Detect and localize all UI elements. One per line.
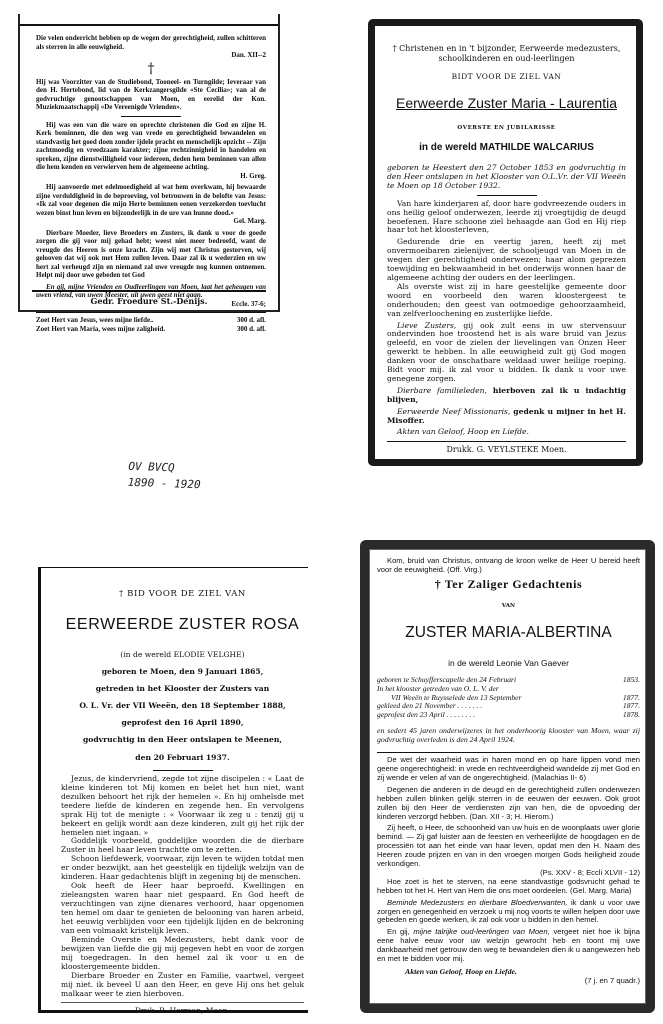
handwritten-note: OV BVCQ 1890 - 1920 [127, 459, 201, 494]
paragraph-house: Zij heeft, o Heer, de schoonheid van uw … [377, 824, 640, 869]
paragraph-functions: Hij was Voorzitter van de Studiebond, To… [36, 78, 266, 112]
reference-greg: H. Greg. [36, 172, 266, 181]
reference-marg: Gel. Marg. [36, 217, 266, 226]
paragraph-childhood: Van hare kinderjaren af, door hare godvr… [387, 200, 626, 236]
epigraph: Die velen onderricht hebben op de wegen … [36, 34, 266, 51]
closing-acts: Akten van Geloof, Hoop en Liefde. [387, 428, 626, 437]
deceased-title: OVERSTE EN JUBILARISSE [387, 125, 626, 131]
paragraph-sweet-death: Hoe zoet is het te sterven, na eene stan… [377, 878, 640, 896]
separator [153, 770, 213, 771]
bio-dates: geboren te Schuyfferscapelle den 24 Febr… [377, 676, 640, 719]
worldly-name: (in de wereld ELODIE VELGHE) [61, 650, 304, 660]
separator [477, 195, 537, 196]
intro: † Christenen en in 't bijzonder, Eerweer… [387, 44, 626, 64]
printer-credit: Gedr. Froedure St.-Denijs. [32, 290, 266, 306]
pray-heading: † BID VOOR DE ZIEL VAN [61, 589, 304, 599]
separator [121, 116, 181, 117]
memorial-card-zuster-rosa: † BID VOOR DE ZIEL VAN EERWEERDE ZUSTER … [38, 567, 308, 1013]
bio: geboren te Moen, den 9 Januari 1865, get… [61, 667, 304, 763]
indulgence: (7 j. en 7 quadr.) [377, 977, 640, 986]
remembrance-heading: † Ter Zaliger Gedachtenis [377, 577, 640, 591]
paragraph-teaching: Gedurende drie en veertig jaren, heeft z… [387, 238, 626, 283]
deceased-name: Eerweerde Zuster Maria - Laurentia [387, 95, 626, 111]
paragraph-virtue: Degenen die anderen in de deugd en de ge… [377, 786, 640, 822]
paragraph-truth: De wet der waarheid was in haren mond en… [377, 756, 640, 783]
printer-credit: Druk. R. Herman, Moen. [61, 1002, 304, 1015]
paragraph-superior: Als overste wist zij in hare geestelijke… [387, 283, 626, 319]
paragraph-sisters: Beminde Overste en Medezusters, hebt dan… [61, 936, 304, 972]
paragraph-charity: Schoon liefdewerk, voorwaar, zijn leven … [61, 855, 304, 882]
pray-heading: BIDT VOOR DE ZIEL VAN [387, 72, 626, 81]
epigraph: Kom, bruid van Christus, ontvang de kroo… [377, 557, 640, 575]
printer-credit: Drukk. G. VEYLSTEKE Moen. [387, 441, 626, 454]
van-label: VAN [377, 603, 640, 609]
worldly-name: in de wereld Leonie Van Gaever [377, 658, 640, 668]
divider [36, 312, 266, 313]
prayer-line: Zoet Hert van Maria, wees mijne zalighei… [36, 325, 266, 334]
paragraph-jezus: Jezus, de kindervriend, zegde tot zijne … [61, 775, 304, 838]
paragraph-sisters: Beminde Medezusters en dierbare Bloedver… [377, 899, 640, 926]
prayer-line: Zoet Hert van Jesus, wees mijne liefde..… [36, 316, 266, 325]
deceased-name: EERWEERDE ZUSTER ROSA [61, 615, 304, 634]
paragraph-sisters: Lieve Zusters, gij ook zult eens in uw s… [387, 322, 626, 384]
paragraph-example: Goddelijk voorbeeld, goddelijke woorden … [61, 837, 304, 855]
memorial-card-maria-laurentia: † Christenen en in 't bijzonder, Eerweer… [368, 19, 643, 466]
memorial-card-maria-albertina: Kom, bruid van Christus, ontvang de kroo… [360, 540, 655, 1013]
paragraph-family: Dierbare familieleden, hierboven zal ik … [387, 387, 626, 405]
bio: geboren te Heestert den 27 October 1853 … [387, 164, 626, 191]
paragraph-family: Dierbare Broeder en Zuster en Familie, v… [61, 972, 304, 999]
paragraph-character: Hij was een van die ware en oprechte chr… [36, 121, 266, 172]
cross-icon: † [36, 62, 266, 76]
deceased-name: ZUSTER MARIA-ALBERTINA [377, 624, 640, 642]
handwritten-line-2: 1890 - 1920 [127, 475, 200, 494]
paragraph-missionary: Eerweerde Neef Missionaris, gedenk u mij… [387, 408, 626, 426]
paragraph-family: Dierbare Moeder, lieve Broeders en Zuste… [36, 229, 266, 280]
paragraph-trial: Ook heeft de Heer haar beproefd. Kwellin… [61, 882, 304, 936]
worldly-name: in de wereld MATHILDE WALCARIUS [387, 141, 626, 154]
paragraph-pupils: En gij, mijne talrijke oud-leerlingen va… [377, 928, 640, 964]
divider [377, 752, 640, 753]
top-border-rule [20, 24, 278, 26]
memorial-card-voorzitter: Die velen onderricht hebben op de wegen … [18, 14, 280, 312]
epigraph-reference: Dan. XII--2 [36, 51, 266, 60]
paragraph-suffering: Hij aanvoerde met edelmoedigheid al wat … [36, 183, 266, 217]
bio-tail: en sedert 45 jaren onderwijzeres in het … [377, 727, 640, 744]
date-row: geprofest den 23 April . . . . . . . .18… [377, 711, 640, 720]
